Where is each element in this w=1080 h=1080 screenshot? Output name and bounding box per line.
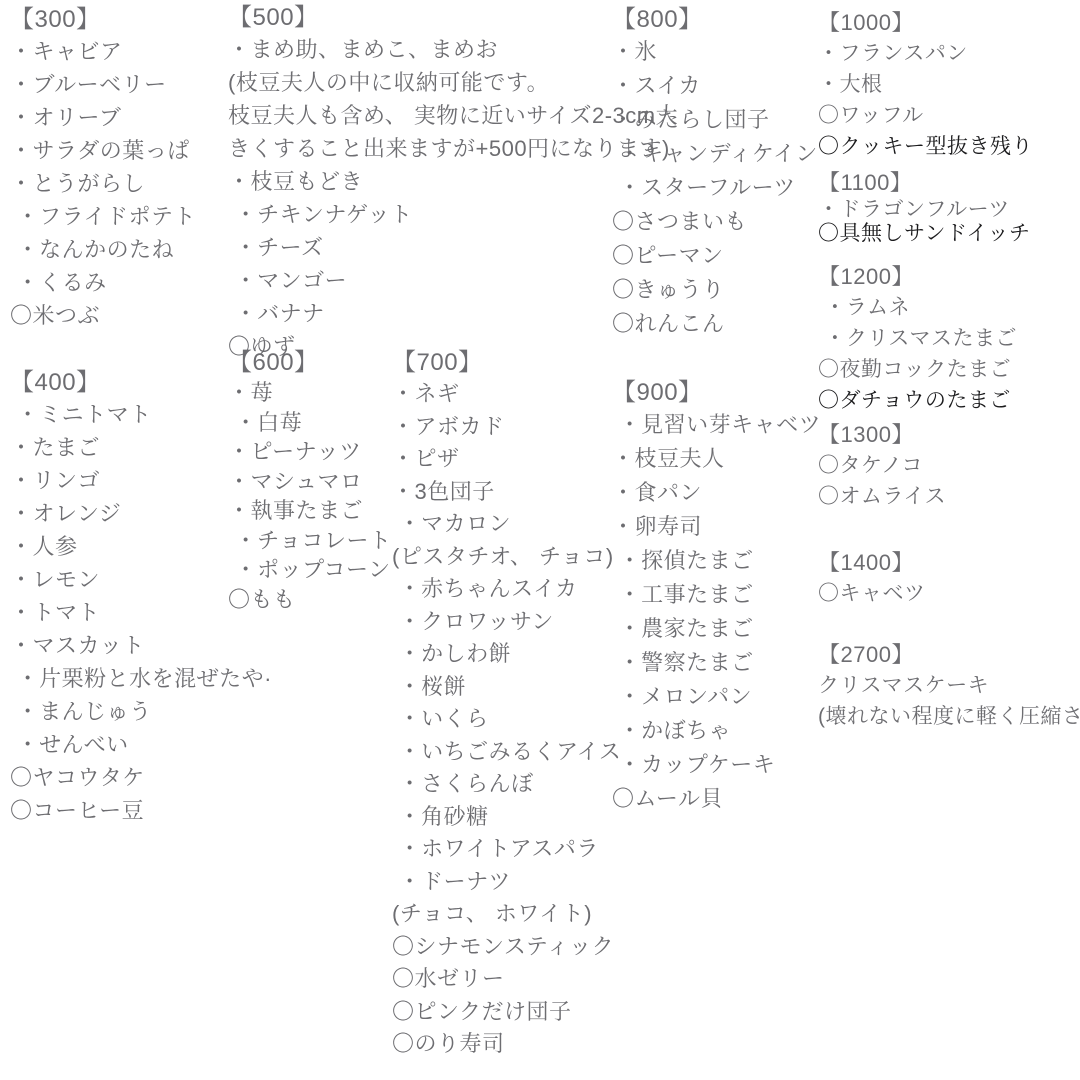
- list-item: 〇オムライス: [818, 481, 946, 512]
- list-item: (枝豆夫人の中に収納可能です。: [228, 66, 678, 99]
- list-item: 〇れんこん: [612, 307, 818, 341]
- list-item: ・まめ助、まめこ、まめお: [228, 33, 678, 66]
- list-item: ・角砂糖: [392, 801, 621, 834]
- list-item: ・ポップコーン: [228, 555, 391, 585]
- list-item: ・なんかのたね: [10, 233, 196, 266]
- list-item: ・チョコレート: [228, 526, 391, 556]
- list-item: 〇ヤコウタケ: [10, 761, 272, 794]
- price-section-1400: 【1400】〇キャベツ: [818, 548, 926, 609]
- list-item: ・マスカット: [10, 629, 272, 662]
- list-item: (チョコ、 ホワイト): [392, 898, 621, 931]
- list-item: ・みたらし団子: [612, 103, 818, 137]
- price-section-300: 【300】・キャビア・ブルーベリー・オリーブ・サラダの葉っぱ・とうがらし ・フラ…: [10, 5, 196, 332]
- list-item: ・赤ちゃんスイカ: [392, 573, 621, 606]
- list-item: ・サラダの葉っぱ: [10, 134, 196, 167]
- price-header-1400: 【1400】: [818, 548, 926, 578]
- list-item: 〇さつまいも: [612, 205, 818, 239]
- price-section-900: 【900】 ・見習い芽キャベツ・枝豆夫人・食パン・卵寿司 ・探偵たまご ・工事た…: [612, 378, 821, 816]
- price-header-1200: 【1200】: [818, 262, 1017, 292]
- price-section-600: 【600】・苺 ・白苺・ピーナッツ・マシュマロ・執事たまご ・チョコレート ・ポ…: [228, 348, 391, 614]
- list-item: ・ピザ: [392, 443, 621, 476]
- price-section-1100: 【1100】・ドラゴンフルーツ〇具無しサンドイッチ: [818, 168, 1030, 246]
- list-item: ・マンゴー: [228, 264, 678, 297]
- list-item: ・枝豆夫人: [612, 442, 821, 476]
- list-item: 〇ムール貝: [612, 782, 821, 816]
- list-item: ・とうがらし: [10, 167, 196, 200]
- list-item: 〇クッキー型抜き残り: [818, 131, 1033, 162]
- list-item: 〇きゅうり: [612, 273, 818, 307]
- list-item: ・クロワッサン: [392, 606, 621, 639]
- list-item: ・いちごみるくアイス: [392, 736, 621, 769]
- list-item: ・クリスマスたまご: [818, 323, 1017, 354]
- list-item: ・苺: [228, 378, 391, 408]
- price-header-800: 【800】: [612, 5, 818, 35]
- price-header-900: 【900】: [612, 378, 821, 408]
- list-item: 〇ダチョウのたまご: [818, 385, 1017, 416]
- price-section-1200: 【1200】 ・ラムネ ・クリスマスたまご〇夜勤コックたまご〇ダチョウのたまご: [818, 262, 1017, 416]
- list-item: ・ホワイトアスパラ: [392, 833, 621, 866]
- price-header-1300: 【1300】: [818, 420, 946, 450]
- list-item: ・農家たまご: [612, 612, 821, 646]
- list-item: ・ドラゴンフルーツ: [818, 198, 1030, 222]
- list-item: ・さくらんぼ: [392, 768, 621, 801]
- list-item: ・キャンディケイン: [612, 137, 818, 171]
- list-item: 〇キャベツ: [818, 578, 926, 609]
- list-item: 〇もも: [228, 585, 391, 615]
- list-item: ・オリーブ: [10, 101, 196, 134]
- list-item: ・警察たまご: [612, 646, 821, 680]
- list-item: ・3色団子: [392, 476, 621, 509]
- list-item: ・アボカド: [392, 411, 621, 444]
- list-item: ・白苺: [228, 408, 391, 438]
- price-header-1000: 【1000】: [818, 8, 1033, 38]
- list-item: ・ブルーベリー: [10, 68, 196, 101]
- list-item: ・カップケーキ: [612, 748, 821, 782]
- list-item: ・キャビア: [10, 35, 196, 68]
- price-header-700: 【700】: [392, 348, 621, 378]
- list-item: ・かしわ餅: [392, 638, 621, 671]
- list-item: ・かぼちゃ: [612, 714, 821, 748]
- list-item: クリスマスケーキ: [818, 670, 1080, 701]
- list-item: ・工事たまご: [612, 578, 821, 612]
- list-item: 〇水ゼリー: [392, 963, 621, 996]
- list-item: ・マカロン: [392, 508, 621, 541]
- price-section-2700: 【2700】クリスマスケーキ(壊れない程度に軽く圧縮させ: [818, 640, 1080, 732]
- price-section-1000: 【1000】・フランスパン・大根〇ワッフル〇クッキー型抜き残り: [818, 8, 1033, 162]
- price-section-700: 【700】・ネギ・アボカド・ピザ・3色団子 ・マカロン(ピスタチオ、 チョコ) …: [392, 348, 621, 1061]
- list-item: 〇シナモンスティック: [392, 931, 621, 964]
- list-item: 〇具無しサンドイッチ: [818, 222, 1030, 246]
- list-item: 〇タケノコ: [818, 450, 946, 481]
- list-item: ・ラムネ: [818, 292, 1017, 323]
- list-item: ・ピーナッツ: [228, 437, 391, 467]
- list-item: ・フランスパン: [818, 38, 1033, 69]
- list-item: ・せんべい: [10, 728, 272, 761]
- list-item: きくすること出来ますが+500円になります): [228, 132, 678, 165]
- list-item: (ピスタチオ、 チョコ): [392, 541, 621, 574]
- list-item: 〇ピンクだけ団子: [392, 996, 621, 1029]
- price-header-2700: 【2700】: [818, 640, 1080, 670]
- list-item: ・チーズ: [228, 231, 678, 264]
- list-item: ・見習い芽キャベツ: [612, 408, 821, 442]
- list-item: 〇米つぶ: [10, 299, 196, 332]
- list-item: ・バナナ: [228, 297, 678, 330]
- price-header-300: 【300】: [10, 5, 196, 35]
- list-item: ・ネギ: [392, 378, 621, 411]
- list-item: ・まんじゅう: [10, 695, 272, 728]
- list-item: ・スイカ: [612, 69, 818, 103]
- list-item: ・スターフルーツ: [612, 171, 818, 205]
- list-item: ・枝豆もどき: [228, 165, 678, 198]
- price-header-1100: 【1100】: [818, 168, 1030, 198]
- list-item: ・探偵たまご: [612, 544, 821, 578]
- list-item: 〇コーヒー豆: [10, 794, 272, 827]
- list-item: ・食パン: [612, 476, 821, 510]
- price-header-600: 【600】: [228, 348, 391, 378]
- price-section-1300: 【1300】〇タケノコ〇オムライス: [818, 420, 946, 512]
- list-item: ・ドーナツ: [392, 866, 621, 899]
- list-item: ・氷: [612, 35, 818, 69]
- list-item: ・チキンナゲット: [228, 198, 678, 231]
- list-item: ・フライドポテト: [10, 200, 196, 233]
- list-item: 〇のり寿司: [392, 1028, 621, 1061]
- list-item: ・マシュマロ: [228, 467, 391, 497]
- price-header-500: 【500】: [228, 3, 678, 33]
- list-item: ・メロンパン: [612, 680, 821, 714]
- list-item: ・くるみ: [10, 266, 196, 299]
- price-section-500: 【500】・まめ助、まめこ、まめお(枝豆夫人の中に収納可能です。枝豆夫人も含め、…: [228, 3, 678, 363]
- list-item: 〇ピーマン: [612, 239, 818, 273]
- list-item: ・いくら: [392, 703, 621, 736]
- list-item: ・片栗粉と水を混ぜたや·: [10, 662, 272, 695]
- list-item: ・卵寿司: [612, 510, 821, 544]
- list-item: ・執事たまご: [228, 496, 391, 526]
- list-item: ・大根: [818, 69, 1033, 100]
- list-item: 〇ワッフル: [818, 100, 1033, 131]
- list-item: ・桜餅: [392, 671, 621, 704]
- list-item: 枝豆夫人も含め、 実物に近いサイズ2-3cm大: [228, 99, 678, 132]
- price-list: 【300】・キャビア・ブルーベリー・オリーブ・サラダの葉っぱ・とうがらし ・フラ…: [0, 0, 1080, 1080]
- list-item: 〇夜勤コックたまご: [818, 354, 1017, 385]
- list-item: (壊れない程度に軽く圧縮させ: [818, 701, 1080, 732]
- price-section-800: 【800】・氷・スイカ・みたらし団子 ・キャンディケイン ・スターフルーツ〇さつ…: [612, 5, 818, 341]
